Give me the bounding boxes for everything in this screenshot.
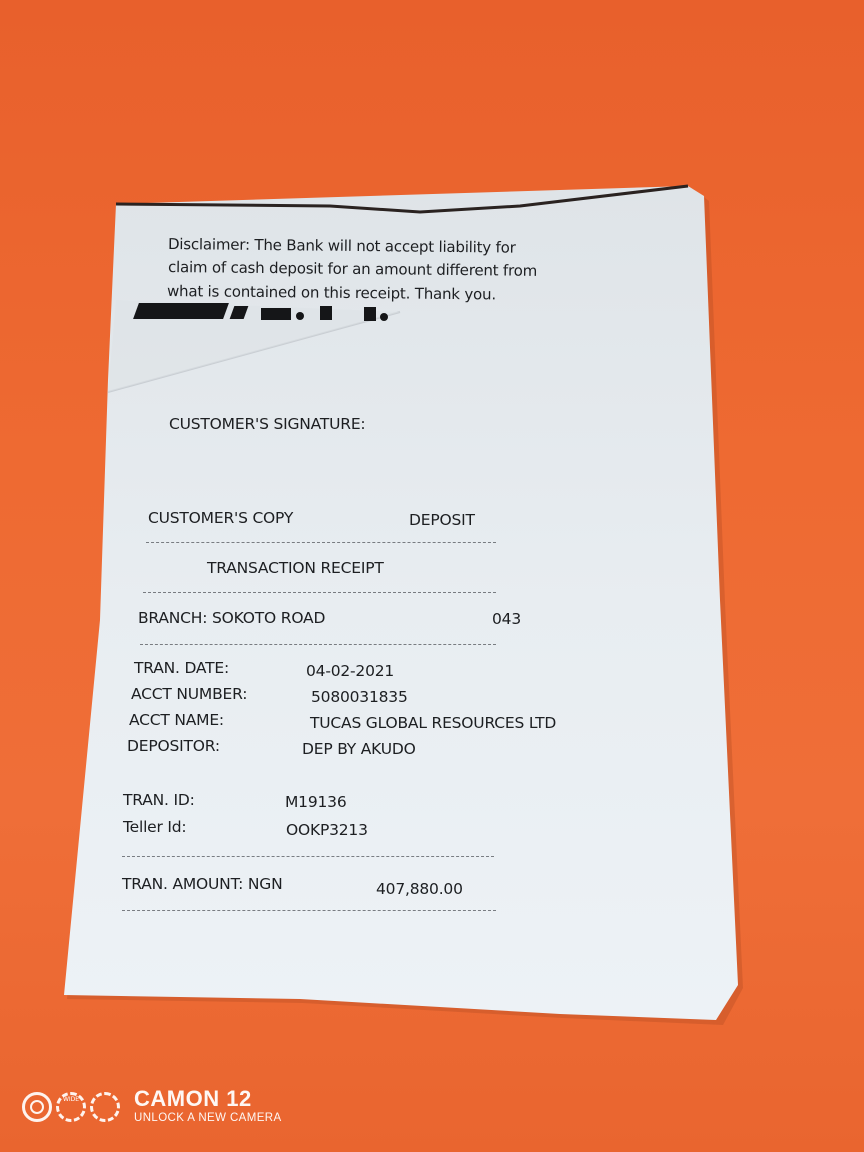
copy-label: CUSTOMER'S COPY [148,509,293,527]
disclaimer-line-1: Disclaimer: The Bank will not accept lia… [168,235,516,257]
receipt-paper-shape [0,0,864,1152]
tran-date-value: 04-02-2021 [306,662,394,680]
tran-id-label: TRAN. ID: [123,791,195,809]
disclaimer-line-2: claim of cash deposit for an amount diff… [168,258,537,280]
signature-label: CUSTOMER'S SIGNATURE: [169,415,365,433]
transaction-type: DEPOSIT [409,511,475,529]
brand-tagline: UNLOCK A NEW CAMERA [134,1110,282,1126]
acct-name-value: TUCAS GLOBAL RESOURCES LTD [310,714,556,732]
depositor-value: DEP BY AKUDO [302,740,416,758]
brand-name: CAMON 12 [134,1088,282,1110]
amount-label: TRAN. AMOUNT: NGN [122,875,283,893]
camera-watermark: WIDE CAMON 12 UNLOCK A NEW CAMERA [22,1088,282,1126]
focus-icon [90,1092,120,1122]
receipt-title: TRANSACTION RECEIPT [207,559,384,577]
amount-value: 407,880.00 [376,880,463,898]
tran-id-value: M19136 [285,793,346,811]
divider [140,644,496,645]
divider [143,592,496,593]
branch-code: 043 [492,610,521,628]
receipt-paper: Disclaimer: The Bank will not accept lia… [0,0,864,1152]
divider [122,856,494,857]
depositor-label: DEPOSITOR: [127,737,220,755]
acct-name-label: ACCT NAME: [129,711,224,729]
acct-number-label: ACCT NUMBER: [131,685,247,703]
teller-id-value: OOKP3213 [286,821,368,839]
disclaimer-line-3: what is contained on this receipt. Thank… [167,282,496,303]
acct-number-value: 5080031835 [311,688,408,706]
divider [122,910,496,911]
teller-id-label: Teller Id: [123,818,186,836]
wide-mode-label: WIDE [63,1096,79,1103]
lens-icon [22,1092,52,1122]
wide-mode-icon: WIDE [56,1092,86,1122]
branch-label: BRANCH: SOKOTO ROAD [138,609,325,627]
tran-date-label: TRAN. DATE: [134,659,229,677]
divider [146,542,496,543]
